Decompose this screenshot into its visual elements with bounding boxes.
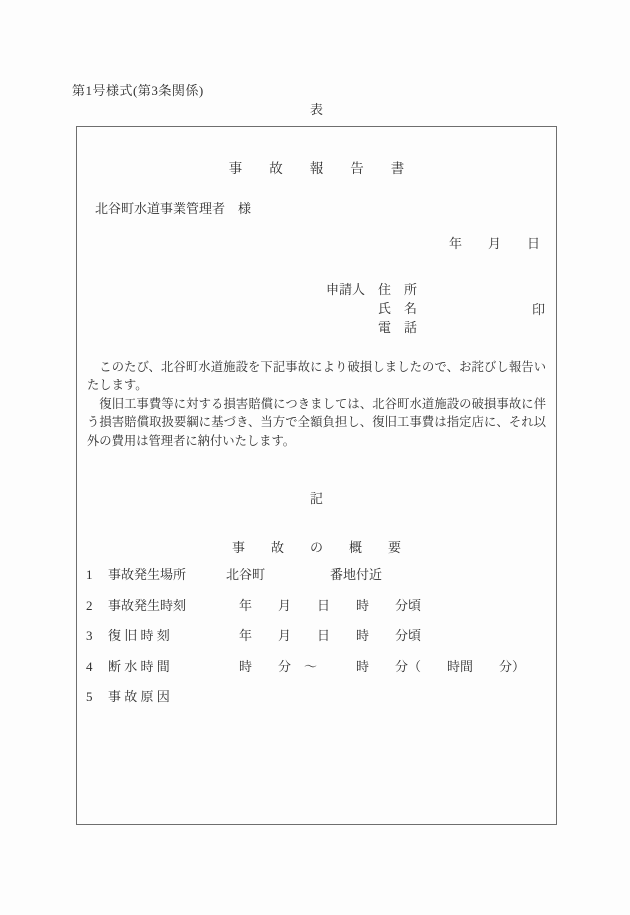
- item-label: 事 故 原 因: [108, 688, 226, 706]
- item-value: 年 月 日 時 分頃: [226, 627, 421, 645]
- addressee-line: 北谷町水道事業管理者 様: [95, 198, 251, 217]
- item-number: 2: [86, 597, 108, 615]
- item-value: 北谷町 番地付近: [226, 566, 382, 584]
- list-item-location: 1 事故発生場所 北谷町 番地付近: [86, 566, 550, 584]
- item-number: 5: [86, 688, 108, 706]
- date-line: 年 月 日: [449, 233, 540, 252]
- item-label: 事故発生場所: [108, 566, 226, 584]
- item-value: 時 分 ～ 時 分（ 時間 分）: [226, 658, 525, 676]
- form-number-label: 第1号様式(第3条関係): [72, 80, 204, 99]
- accident-detail-list: 1 事故発生場所 北谷町 番地付近 2 事故発生時刻 年 月 日 時 分頃 3 …: [86, 566, 550, 719]
- item-label: 事故発生時刻: [108, 597, 226, 615]
- document-page: 第1号様式(第3条関係) 表 事 故 報 告 書 北谷町水道事業管理者 様 年 …: [0, 0, 630, 915]
- item-value: 年 月 日 時 分頃: [226, 597, 421, 615]
- item-number: 3: [86, 627, 108, 645]
- note-heading: 記: [77, 488, 556, 507]
- accident-overview-heading: 事 故 の 概 要: [77, 537, 556, 556]
- applicant-phone-line: 電 話: [326, 318, 417, 337]
- list-item-water-outage-duration: 4 断 水 時 間 時 分 ～ 時 分（ 時間 分）: [86, 658, 550, 676]
- item-label: 復 旧 時 刻: [108, 627, 226, 645]
- list-item-restoration-time: 3 復 旧 時 刻 年 月 日 時 分頃: [86, 627, 550, 645]
- body-text: このたび、北谷町水道施設を下記事故により破損しましたので、お詫びし報告いたします…: [77, 358, 556, 450]
- form-title: 事 故 報 告 書: [77, 157, 556, 177]
- sheet-side-label: 表: [76, 99, 557, 118]
- applicant-name-line: 氏 名: [326, 299, 417, 318]
- accident-report-form-box: 事 故 報 告 書 北谷町水道事業管理者 様 年 月 日 申請人 住 所 氏 名…: [76, 126, 557, 825]
- list-item-occurrence-time: 2 事故発生時刻 年 月 日 時 分頃: [86, 597, 550, 615]
- list-item-accident-cause: 5 事 故 原 因: [86, 688, 550, 706]
- applicant-address-line: 申請人 住 所: [326, 280, 417, 299]
- seal-mark-label: 印: [532, 299, 545, 318]
- apology-paragraph: このたび、北谷町水道施設を下記事故により破損しましたので、お詫びし報告いたします…: [87, 358, 546, 395]
- compensation-paragraph: 復旧工事費等に対する損害賠償につきましては、北谷町水道施設の破損事故に伴う損害賠…: [87, 395, 546, 450]
- item-label: 断 水 時 間: [108, 658, 226, 676]
- item-number: 4: [86, 658, 108, 676]
- item-number: 1: [86, 566, 108, 584]
- applicant-block: 申請人 住 所 氏 名 電 話: [326, 280, 417, 337]
